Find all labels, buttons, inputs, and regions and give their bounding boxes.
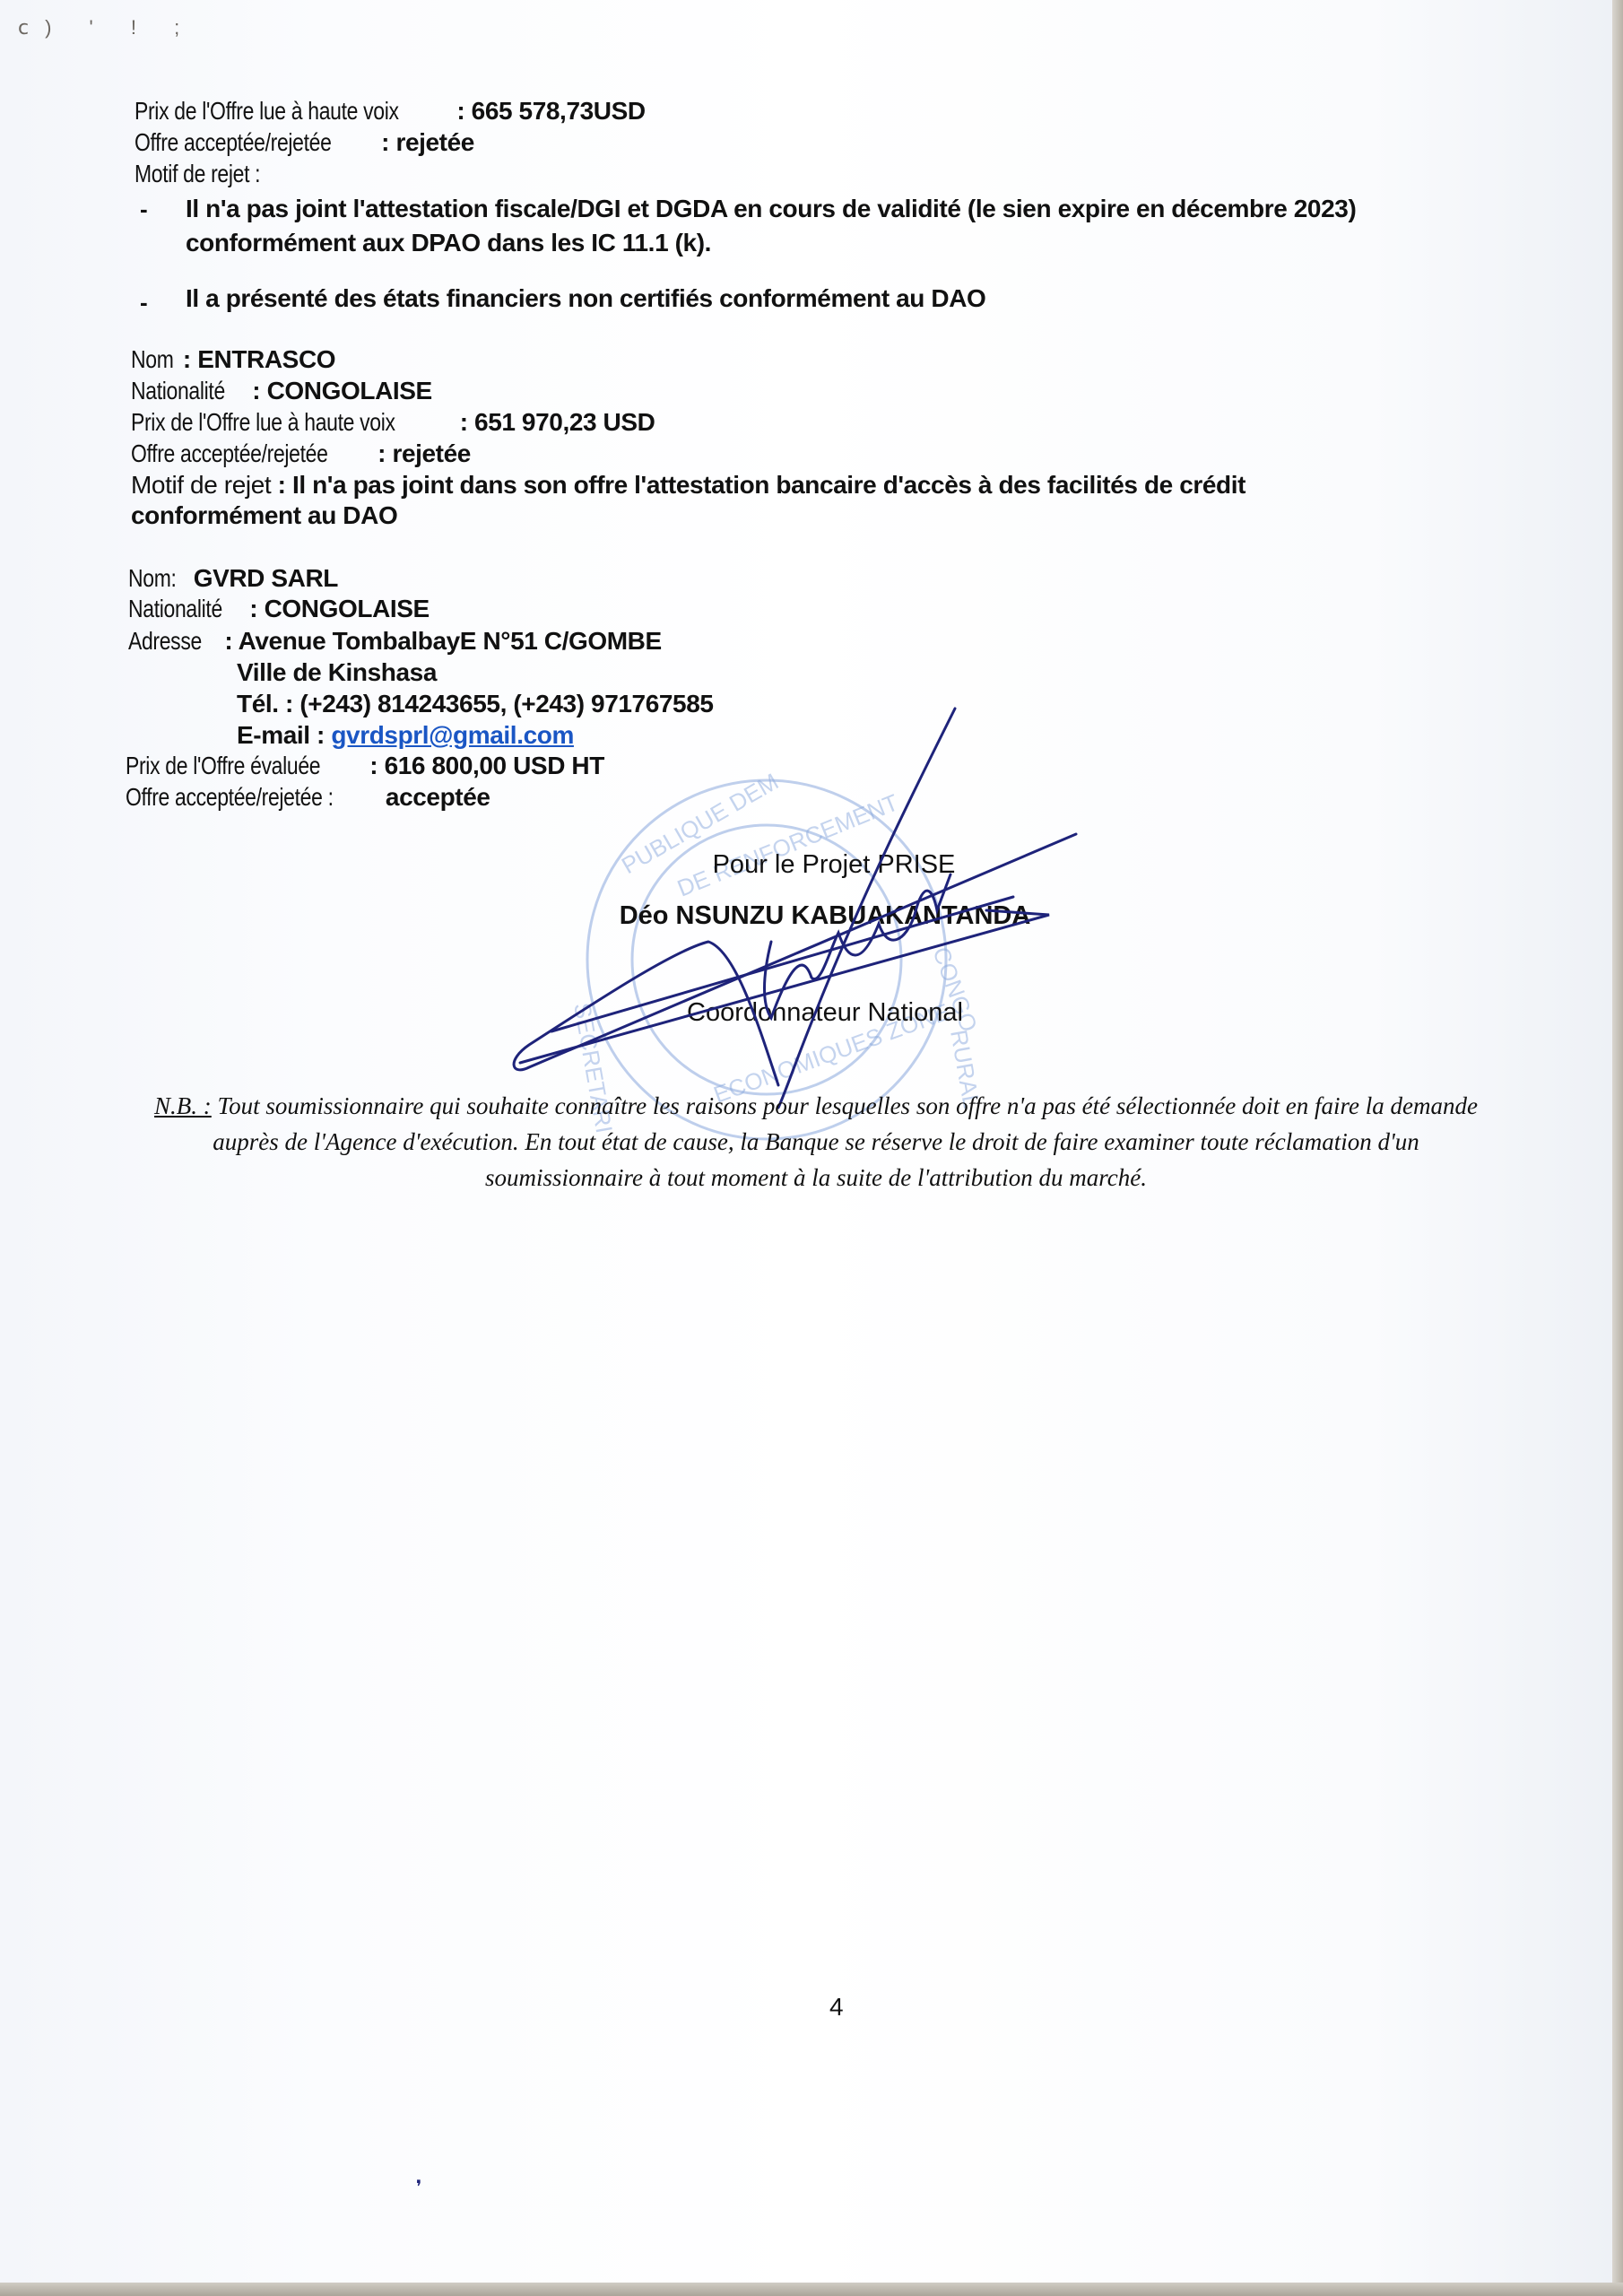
page-edge-right <box>1612 0 1623 2296</box>
entrasco-price-label: Prix de l'Offre lue à haute voix <box>131 407 395 438</box>
gvrd-price-line: Prix de l'Offre évaluée : 616 800,00 USD… <box>126 751 604 781</box>
entrasco-name-label: Nom <box>131 344 173 375</box>
gvrd-city: Ville de Kinshasa <box>237 657 437 688</box>
prev-reason-1: Il n'a pas joint l'attestation fiscale/D… <box>186 192 1459 260</box>
entrasco-name-line: Nom: ENTRASCO <box>131 344 335 375</box>
note-text: Tout soumissionnaire qui souhaite connaî… <box>212 1092 1478 1191</box>
signatory-title: Coordonnateur National <box>664 998 986 1028</box>
entrasco-status-value: : rejetée <box>378 439 471 467</box>
scan-specks: ⅽ) ' ! ; <box>18 16 195 39</box>
prev-reason-label-text: Motif de rejet : <box>135 159 260 189</box>
prev-status-value: : rejetée <box>381 128 474 156</box>
page-number: 4 <box>829 1993 844 2022</box>
gvrd-address-line: Adresse : Avenue TombalbayE N°51 C/GOMBE <box>128 626 662 657</box>
entrasco-status-label: Offre acceptée/rejetée <box>131 439 328 469</box>
gvrd-address-label: Adresse <box>128 626 202 657</box>
bullet-dash: - <box>140 289 148 317</box>
prev-price-line: Prix de l'Offre lue à haute voix: 665 57… <box>135 96 646 126</box>
entrasco-nationality-value: : CONGOLAISE <box>252 377 432 404</box>
gvrd-nationality-label: Nationalité <box>128 594 222 624</box>
gvrd-name-label: Nom: <box>128 563 177 594</box>
prev-status-label: Offre acceptée/rejetée <box>135 127 332 158</box>
ink-speck: ❜ <box>416 2176 421 2198</box>
document-page: ⅽ) ' ! ; Prix de l'Offre lue à haute voi… <box>0 0 1612 2283</box>
gvrd-name-value: GVRD SARL <box>194 564 338 592</box>
gvrd-address-value: : Avenue TombalbayE N°51 C/GOMBE <box>224 627 661 655</box>
svg-text:DE RENFORCEMENT: DE RENFORCEMENT <box>673 788 902 901</box>
prev-price-label: Prix de l'Offre lue à haute voix <box>135 96 399 126</box>
gvrd-phone: Tél. : (+243) 814243655, (+243) 97176758… <box>237 689 714 719</box>
gvrd-status-line: Offre acceptée/rejetée : acceptée <box>126 782 490 813</box>
entrasco-nationality-line: Nationalité : CONGOLAISE <box>131 376 432 406</box>
gvrd-nationality-value: : CONGOLAISE <box>249 595 430 622</box>
entrasco-reason-value: : Il n'a pas joint dans son offre l'atte… <box>131 471 1245 529</box>
entrasco-name-value: : ENTRASCO <box>183 345 335 373</box>
gvrd-price-label: Prix de l'Offre évaluée <box>126 751 320 781</box>
prev-reason-label: Motif de rejet : <box>135 159 288 189</box>
gvrd-email-label: E-mail : <box>237 721 325 749</box>
gvrd-status-value: acceptée <box>386 783 490 811</box>
signatory-name: Déo NSUNZU KABUAKANTANDA <box>583 901 1067 931</box>
gvrd-status-label: Offre acceptée/rejetée : <box>126 782 334 813</box>
entrasco-reason-line: Motif de rejet : Il n'a pas joint dans s… <box>131 470 1404 531</box>
gvrd-email-line: E-mail : gvrdsprl@gmail.com <box>237 720 574 751</box>
entrasco-price-value: : 651 970,23 USD <box>460 408 655 436</box>
prev-status-line: Offre acceptée/rejetée : rejetée <box>135 127 474 158</box>
entrasco-reason-label: Motif de rejet <box>131 470 271 500</box>
entrasco-nationality-label: Nationalité <box>131 376 225 406</box>
legal-note: N.B. : Tout soumissionnaire qui souhaite… <box>135 1088 1497 1196</box>
gvrd-name-line: Nom: GVRD SARL <box>128 563 338 594</box>
gvrd-email-link[interactable]: gvrdsprl@gmail.com <box>331 721 574 749</box>
prev-price-value: : 665 578,73USD <box>456 97 645 125</box>
gvrd-nationality-line: Nationalité : CONGOLAISE <box>128 594 430 624</box>
bullet-dash: - <box>140 196 148 223</box>
gvrd-price-value: : 616 800,00 USD HT <box>369 752 604 779</box>
prev-reason-2: Il a présenté des états financiers non c… <box>186 283 985 314</box>
page-edge-bottom <box>0 2283 1623 2296</box>
entrasco-price-line: Prix de l'Offre lue à haute voix : 651 9… <box>131 407 655 438</box>
entrasco-status-line: Offre acceptée/rejetée : rejetée <box>131 439 471 469</box>
note-label: N.B. : <box>154 1092 212 1119</box>
signature-for-line: Pour le Projet PRISE <box>690 850 977 880</box>
